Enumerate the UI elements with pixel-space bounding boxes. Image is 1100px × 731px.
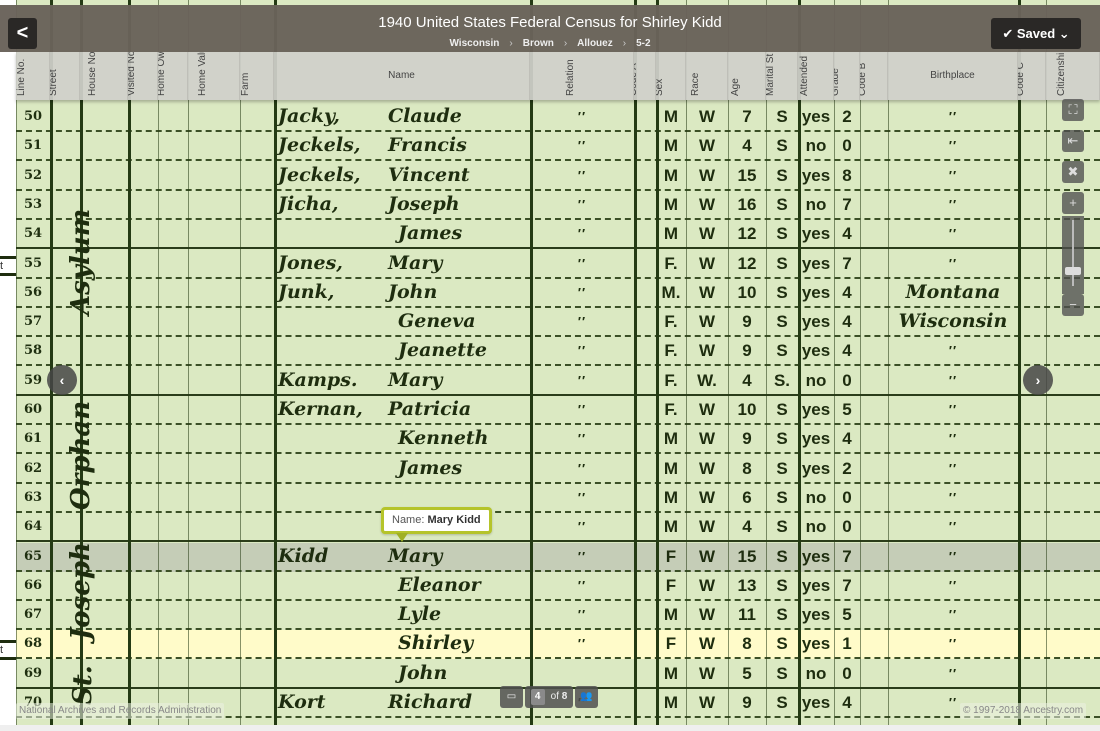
census-row[interactable]: 69JohnMW5Sno0′′ [16,660,1100,689]
breadcrumb-separator: › [509,38,512,49]
census-row[interactable]: 66Eleanor′′FW13Syes7′′ [16,572,1100,601]
column-header-home-own: Home Own [158,52,188,100]
cell-grade: 2 [834,455,860,482]
page-of-label: of [551,691,559,702]
cell-grade: 7 [834,543,860,570]
zoom-in-button[interactable]: + [1062,192,1084,214]
saved-button[interactable]: ✔ Saved ⌄ [991,18,1081,49]
cell-age: 4 [728,132,766,159]
column-header-label: Birthplace [888,52,1017,100]
cell-surname: Kamps. [278,367,388,394]
cell-marital-status: S [766,337,798,364]
column-rule [798,0,801,725]
cell-relation: ′′ [530,132,634,159]
cell-age: 11 [728,601,766,628]
cell-marital-status: S [766,689,798,716]
cell-birthplace: ′′ [888,337,1018,364]
cell-attended-school: yes [798,543,834,570]
image-viewer[interactable]: t t 50Jacky,Claude′′MW7Syes2′′51Jeckels,… [0,0,1100,725]
column-header-line-no: Line No. [16,52,50,100]
cell-race: W [686,308,728,335]
cell-relation: ′′ [530,543,634,570]
cell-marital-status: S [766,630,798,657]
adjacent-page-edge: t t [0,0,16,725]
cell-grade: 5 [834,601,860,628]
cell-relation: ′′ [530,220,634,247]
cell-grade: 4 [834,220,860,247]
tools-icon[interactable]: ✖ [1062,161,1084,183]
street-text-joseph: Joseph [66,542,96,640]
column-header-label: Code C [1018,52,1026,96]
cell-sex: F. [656,367,686,394]
cell-line-number: 59 [16,367,50,394]
column-rule [188,0,189,725]
cell-birthplace: ′′ [888,630,1018,657]
census-row[interactable]: 60Kernan,Patricia′′F.W10Syes5′′ [16,396,1100,425]
breadcrumb-district[interactable]: 5-2 [636,38,650,49]
cell-age: 6 [728,484,766,511]
cell-marital-status: S [766,132,798,159]
cell-marital-status: S [766,513,798,540]
fullscreen-icon[interactable]: ⛶ [1062,99,1084,121]
cell-given-name: Kenneth [388,425,528,452]
cell-sex: F. [656,337,686,364]
cell-relation: ′′ [530,250,634,277]
cell-birthplace: ′′ [888,220,1018,247]
total-pages: 8 [562,691,568,702]
cell-line-number: 61 [16,425,50,452]
cell-line-number: 51 [16,132,50,159]
cell-race: W [686,689,728,716]
column-header-street: Street [50,52,80,100]
cell-birthplace: ′′ [888,396,1018,423]
cell-race: W [686,660,728,687]
cell-given-name: Mary [388,250,528,277]
cell-marital-status: S [766,543,798,570]
cell-attended-school: no [798,191,834,218]
cell-race: W [686,250,728,277]
cell-grade: 4 [834,689,860,716]
column-header-house-no: House No [80,52,128,100]
copyright-credit: © 1997-2018 Ancestry.com [960,703,1086,719]
cell-age: 10 [728,396,766,423]
census-row[interactable]: 62James′′MW8Syes2′′ [16,455,1100,484]
column-header-citizenship: Citizenship [1046,52,1100,100]
cell-surname: Jeckels, [278,132,388,159]
cell-sex: M [656,660,686,687]
cell-sex: F. [656,308,686,335]
census-row[interactable]: 52Jeckels,Vincent′′MW15Syes8′′ [16,162,1100,191]
census-image[interactable]: 50Jacky,Claude′′MW7Syes2′′51Jeckels,Fran… [16,0,1100,725]
cell-sex: M [656,220,686,247]
cell-surname [278,337,388,364]
cell-line-number: 52 [16,162,50,189]
cell-given-name: Francis [388,132,528,159]
cell-marital-status: S [766,162,798,189]
column-header-label: Home Own [158,52,167,96]
column-header-label: Attended [799,52,810,96]
cell-surname [278,660,388,687]
cell-surname: Kidd [278,543,388,570]
census-row[interactable]: 54James′′MW12Syes4′′ [16,220,1100,249]
cell-sex: M [656,689,686,716]
column-rule [634,0,637,725]
cell-grade: 7 [834,250,860,277]
column-header-grade: Grade [834,52,860,100]
cell-given-name: John [388,660,528,687]
column-header-label: Marital St [766,52,776,96]
cell-surname [278,308,388,335]
column-header-label: Code B [860,52,868,96]
breadcrumb-state[interactable]: Wisconsin [449,38,499,49]
page-edge-tab: t [0,640,16,660]
cell-age: 9 [728,337,766,364]
cell-given-name: Shirley [388,630,528,657]
census-row[interactable]: 53Jicha,Joseph′′MW16Sno7′′ [16,191,1100,220]
previous-image-button[interactable]: ‹ [47,365,77,395]
census-row[interactable]: 56Junk,John′′M.W10Syes4Montana [16,279,1100,308]
column-header-home-value: Home Value [188,52,240,100]
column-header-code-a: Code A [634,52,656,100]
breadcrumb-county[interactable]: Brown [523,38,554,49]
cell-given-name: Jeanette [388,337,528,364]
cell-attended-school: yes [798,425,834,452]
cell-race: W [686,337,728,364]
cell-surname [278,630,388,657]
cell-attended-school: yes [798,630,834,657]
cell-race: W [686,162,728,189]
census-row[interactable]: 67Lyle′′MW11Syes5′′ [16,601,1100,630]
cell-attended-school: yes [798,396,834,423]
cell-birthplace: ′′ [888,162,1018,189]
cell-sex: M [656,425,686,452]
cell-grade: 7 [834,191,860,218]
cell-attended-school: yes [798,337,834,364]
column-header-label: Grade [834,52,841,96]
cell-sex: F [656,572,686,599]
cell-grade: 4 [834,279,860,306]
cell-marital-status: S [766,484,798,511]
cell-birthplace: ′′ [888,191,1018,218]
collapse-panel-icon[interactable]: ⇤ [1062,130,1084,152]
cell-line-number: 60 [16,396,50,423]
cell-line-number: 69 [16,660,50,687]
column-header-attended: Attended [798,52,834,100]
cell-age: 8 [728,630,766,657]
current-page-input[interactable]: 4 [531,689,545,705]
column-rule [656,0,659,725]
column-header-label: Code A [634,52,639,96]
column-header-label: Line No. [16,52,27,96]
cell-birthplace: Wisconsin [888,308,1018,335]
column-header-label: Relation [565,52,576,96]
cell-given-name: James [388,220,528,247]
cell-attended-school: no [798,367,834,394]
cell-race: W [686,425,728,452]
cell-marital-status: S [766,601,798,628]
cell-attended-school: yes [798,279,834,306]
column-header-age: Age [728,52,766,100]
cell-line-number: 57 [16,308,50,335]
column-header-sex: Sex [656,52,686,100]
cell-given-name: Lyle [388,601,528,628]
cell-sex: F. [656,396,686,423]
tooltip-arrow [396,533,408,542]
column-rule [1046,0,1047,725]
cell-grade: 4 [834,308,860,335]
cell-surname [278,455,388,482]
cell-surname: Jeckels, [278,162,388,189]
cell-birthplace: ′′ [888,484,1018,511]
cell-marital-status: S [766,455,798,482]
next-image-button[interactable]: › [1023,365,1053,395]
column-header-label: Farm [240,52,251,96]
cell-grade: 5 [834,396,860,423]
record-tooltip: Name: Mary Kidd [381,507,492,534]
cell-attended-school: yes [798,308,834,335]
cell-relation: ′′ [530,162,634,189]
cell-grade: 0 [834,367,860,394]
cell-race: W [686,572,728,599]
cell-attended-school: yes [798,572,834,599]
cell-age: 12 [728,220,766,247]
cell-surname: Kernan, [278,396,388,423]
cell-given-name: Eleanor [388,572,528,599]
cell-sex: M [656,132,686,159]
cell-age: 7 [728,103,766,130]
cell-birthplace: ′′ [888,425,1018,452]
cell-relation: ′′ [530,191,634,218]
cell-birthplace: ′′ [888,132,1018,159]
filmstrip-icon[interactable]: ▭ [500,686,523,708]
cell-sex: M. [656,279,686,306]
cell-relation: ′′ [530,601,634,628]
cell-relation: ′′ [530,513,634,540]
cell-age: 9 [728,689,766,716]
column-header-code-c: Code C [1018,52,1046,100]
column-rule [16,0,17,725]
cell-sex: M [656,484,686,511]
cell-birthplace: ′′ [888,601,1018,628]
census-row[interactable]: 63′′MW6Sno0′′ [16,484,1100,513]
cell-line-number: 50 [16,103,50,130]
cell-age: 13 [728,572,766,599]
cell-marital-status: S [766,250,798,277]
page-edge-tab: t [0,256,16,276]
cell-grade: 0 [834,132,860,159]
cell-attended-school: yes [798,103,834,130]
cell-attended-school: no [798,660,834,687]
cell-surname: Kort [278,689,388,716]
census-row[interactable]: 61Kenneth′′MW9Syes4′′ [16,425,1100,454]
cell-race: W [686,132,728,159]
cell-relation: ′′ [530,455,634,482]
cell-relation: ′′ [530,308,634,335]
cell-relation: ′′ [530,279,634,306]
cell-line-number: 56 [16,279,50,306]
column-header-label: Age [730,52,741,96]
zoom-slider[interactable] [1062,216,1084,294]
cell-surname [278,601,388,628]
census-row[interactable]: 51Jeckels,Francis′′MW4Sno0′′ [16,132,1100,161]
cell-birthplace: ′′ [888,103,1018,130]
column-header-label: Home Value [197,52,208,96]
cell-birthplace: ′′ [888,660,1018,687]
census-row[interactable]: 58Jeanette′′F.W9Syes4′′ [16,337,1100,366]
cell-marital-status: S [766,308,798,335]
page-indicator[interactable]: 4of 8 [525,686,573,708]
cell-given-name: Claude [388,103,528,130]
cell-age: 15 [728,543,766,570]
cell-line-number: 62 [16,455,50,482]
cell-relation: ′′ [530,572,634,599]
cell-grade: 0 [834,660,860,687]
cell-marital-status: S. [766,367,798,394]
zoom-handle[interactable] [1065,267,1081,275]
cell-given-name: Mary [388,543,528,570]
cell-race: W [686,103,728,130]
cell-race: W [686,279,728,306]
cell-given-name: Joseph [388,191,528,218]
column-header-birthplace: Birthplace [888,52,1018,100]
cell-race: W. [686,367,728,394]
header-bar: < 1940 United States Federal Census for … [0,5,1100,52]
cell-grade: 0 [834,484,860,511]
census-row[interactable]: 55Jones,Mary′′F.W12Syes7′′ [16,250,1100,279]
census-row[interactable]: 57Geneva′′F.W9Syes4Wisconsin [16,308,1100,337]
cell-grade: 4 [834,425,860,452]
zoom-out-button[interactable]: − [1062,294,1084,316]
cell-grade: 8 [834,162,860,189]
breadcrumb-separator: › [564,38,567,49]
cell-given-name: Patricia [388,396,528,423]
column-rule [128,0,131,725]
column-rule [766,0,767,725]
column-header-label: Street [50,52,59,96]
cell-relation: ′′ [530,337,634,364]
cell-relation: ′′ [530,103,634,130]
cell-line-number: 67 [16,601,50,628]
column-header-label: House No [87,52,98,96]
cell-birthplace: ′′ [888,367,1018,394]
cell-age: 4 [728,367,766,394]
cell-birthplace: ′′ [888,455,1018,482]
cell-relation: ′′ [530,484,634,511]
cell-age: 9 [728,425,766,452]
cell-surname: Jicha, [278,191,388,218]
breadcrumb-township[interactable]: Allouez [577,38,613,49]
census-row[interactable]: 65KiddMary′′FW15Syes7′′ [16,543,1100,572]
cell-surname [278,572,388,599]
cell-line-number: 58 [16,337,50,364]
column-rule [158,0,159,725]
column-header-visited-no: Visited No [128,52,158,100]
cell-relation [530,660,634,687]
cell-attended-school: no [798,484,834,511]
cell-attended-school: yes [798,250,834,277]
breadcrumb: Wisconsin›Brown›Allouez›5-2 [0,38,1100,49]
column-header-relation: Relation [530,52,634,100]
cell-age: 12 [728,250,766,277]
column-header-code-b: Code B [860,52,888,100]
cell-line-number: 66 [16,572,50,599]
cell-age: 5 [728,660,766,687]
column-header-farm: Farm [240,52,274,100]
cell-line-number: 55 [16,250,50,277]
tooltip-value: Mary Kidd [427,514,480,526]
column-rule [834,0,835,725]
column-header-label: Citizenship [1056,52,1067,96]
cell-race: W [686,455,728,482]
cell-attended-school: yes [798,220,834,247]
cell-relation: ′′ [530,425,634,452]
column-header-label: Visited No [128,52,137,96]
cell-grade: 1 [834,630,860,657]
cell-age: 4 [728,513,766,540]
column-rule [274,0,277,725]
cell-grade: 2 [834,103,860,130]
cell-birthplace: ′′ [888,513,1018,540]
cell-race: W [686,513,728,540]
cell-marital-status: S [766,572,798,599]
cell-attended-school: no [798,513,834,540]
cell-relation: ′′ [530,630,634,657]
column-rule [728,0,729,725]
column-header-label: Race [690,52,701,96]
cell-age: 8 [728,455,766,482]
cell-grade: 7 [834,572,860,599]
cell-attended-school: yes [798,601,834,628]
cell-given-name: Vincent [388,162,528,189]
cell-age: 15 [728,162,766,189]
cell-sex: M [656,191,686,218]
cell-given-name: Mary [388,367,528,394]
cell-line-number: 53 [16,191,50,218]
cell-sex: F. [656,250,686,277]
cell-surname [278,513,388,540]
cell-birthplace: ′′ [888,572,1018,599]
census-row[interactable]: 59Kamps.Mary′′F.W.4S.no0′′ [16,367,1100,396]
cell-race: W [686,191,728,218]
census-row[interactable]: 64Allen′′MW4Sno0′′ [16,513,1100,542]
column-rule [888,0,889,725]
cell-marital-status: S [766,396,798,423]
cell-relation: ′′ [530,396,634,423]
column-header-row: Line No.StreetHouse NoVisited NoHome Own… [16,52,1100,100]
cell-given-name: John [388,279,528,306]
census-row[interactable]: 50Jacky,Claude′′MW7Syes2′′ [16,103,1100,132]
breadcrumb-separator: › [623,38,626,49]
cell-race: W [686,220,728,247]
census-row[interactable]: 68Shirley′′FW8Syes1′′ [16,630,1100,659]
column-header-label: Name [274,52,529,100]
column-rule [50,0,53,725]
cell-relation: ′′ [530,367,634,394]
cell-surname: Jacky, [278,103,388,130]
page-title: 1940 United States Federal Census for Sh… [0,14,1100,31]
index-people-icon[interactable]: 👥 [575,686,598,708]
cell-race: W [686,601,728,628]
cell-birthplace: ′′ [888,250,1018,277]
street-text-orphan: Orphan [66,401,96,510]
cell-attended-school: no [798,132,834,159]
source-credit: National Archives and Records Administra… [16,703,224,719]
cell-sex: F [656,543,686,570]
column-rule [240,0,241,725]
cell-surname [278,484,388,511]
cell-race: W [686,484,728,511]
cell-sex: M [656,162,686,189]
